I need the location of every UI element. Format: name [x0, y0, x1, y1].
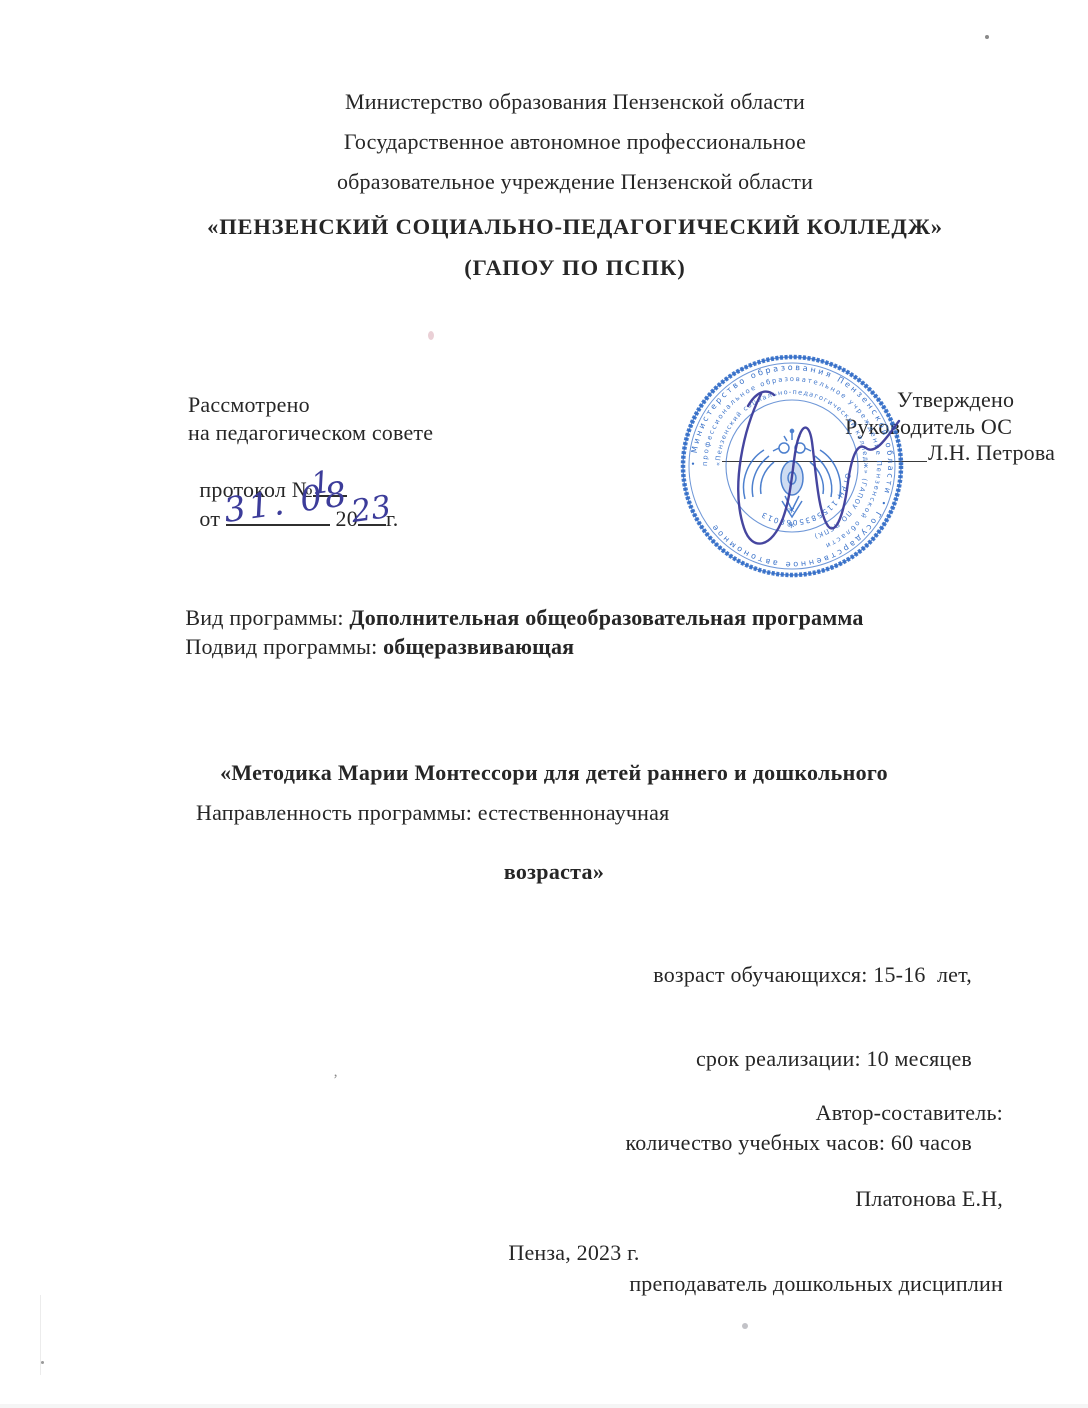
college-name: «ПЕНЗЕНСКИЙ СОЦИАЛЬНО-ПЕДАГОГИЧЕСКИЙ КОЛ…	[90, 214, 1060, 240]
scan-edge-line	[40, 1295, 41, 1375]
handwritten-signature	[706, 376, 906, 576]
program-subkind-line: Подвид программы: общеразвивающая	[174, 608, 574, 660]
institution-line-1: Государственное автономное профессиональ…	[90, 129, 1060, 155]
college-abbr: (ГАПОУ ПО ПСПК)	[90, 255, 1060, 281]
scan-bottom-edge	[0, 1404, 1088, 1408]
approver-name: Л.Н. Петрова	[928, 440, 1055, 466]
reviewed-council-line: на педагогическом совете	[188, 420, 433, 446]
date-blank: 31. 08	[226, 504, 330, 526]
year-blank: 23	[358, 504, 386, 526]
scan-speck	[742, 1323, 748, 1329]
program-subkind-label: Подвид программы:	[185, 634, 383, 659]
scan-speck: ’	[333, 1072, 338, 1089]
reviewed-label: Рассмотрено	[188, 392, 310, 418]
author-position: преподаватель дошкольных дисциплин	[629, 1270, 1003, 1299]
program-direction: Направленность программы: естественнонау…	[196, 800, 669, 826]
students-age: возраст обучающихся: 15-16 лет,	[626, 961, 972, 989]
footer-city-year: Пенза, 2023 г.	[94, 1240, 1054, 1266]
program-title-line-1: «Методика Марии Монтессори для детей ран…	[184, 756, 924, 789]
date-prefix: от	[199, 506, 225, 531]
scan-speck	[428, 331, 434, 340]
institution-line-2: образовательное учреждение Пензенской об…	[90, 169, 1060, 195]
author-block: Автор-составитель: Платонова Е.Н, препод…	[629, 1042, 1003, 1327]
year-handwritten: 23	[349, 489, 393, 530]
author-name: Платонова Е.Н,	[629, 1185, 1003, 1214]
author-label: Автор-составитель:	[629, 1099, 1003, 1128]
program-title-line-2: возраста»	[184, 855, 924, 888]
scan-speck	[985, 35, 989, 39]
approved-label: Утверждено	[897, 387, 1014, 413]
date-line: от 31. 08 2023г.	[188, 478, 398, 532]
program-subkind-value: общеразвивающая	[383, 634, 574, 659]
scan-speck	[41, 1361, 44, 1364]
scanned-title-page: { "header": { "line1": "Министерство обр…	[0, 0, 1088, 1408]
ministry-line: Министерство образования Пензенской обла…	[90, 89, 1060, 115]
